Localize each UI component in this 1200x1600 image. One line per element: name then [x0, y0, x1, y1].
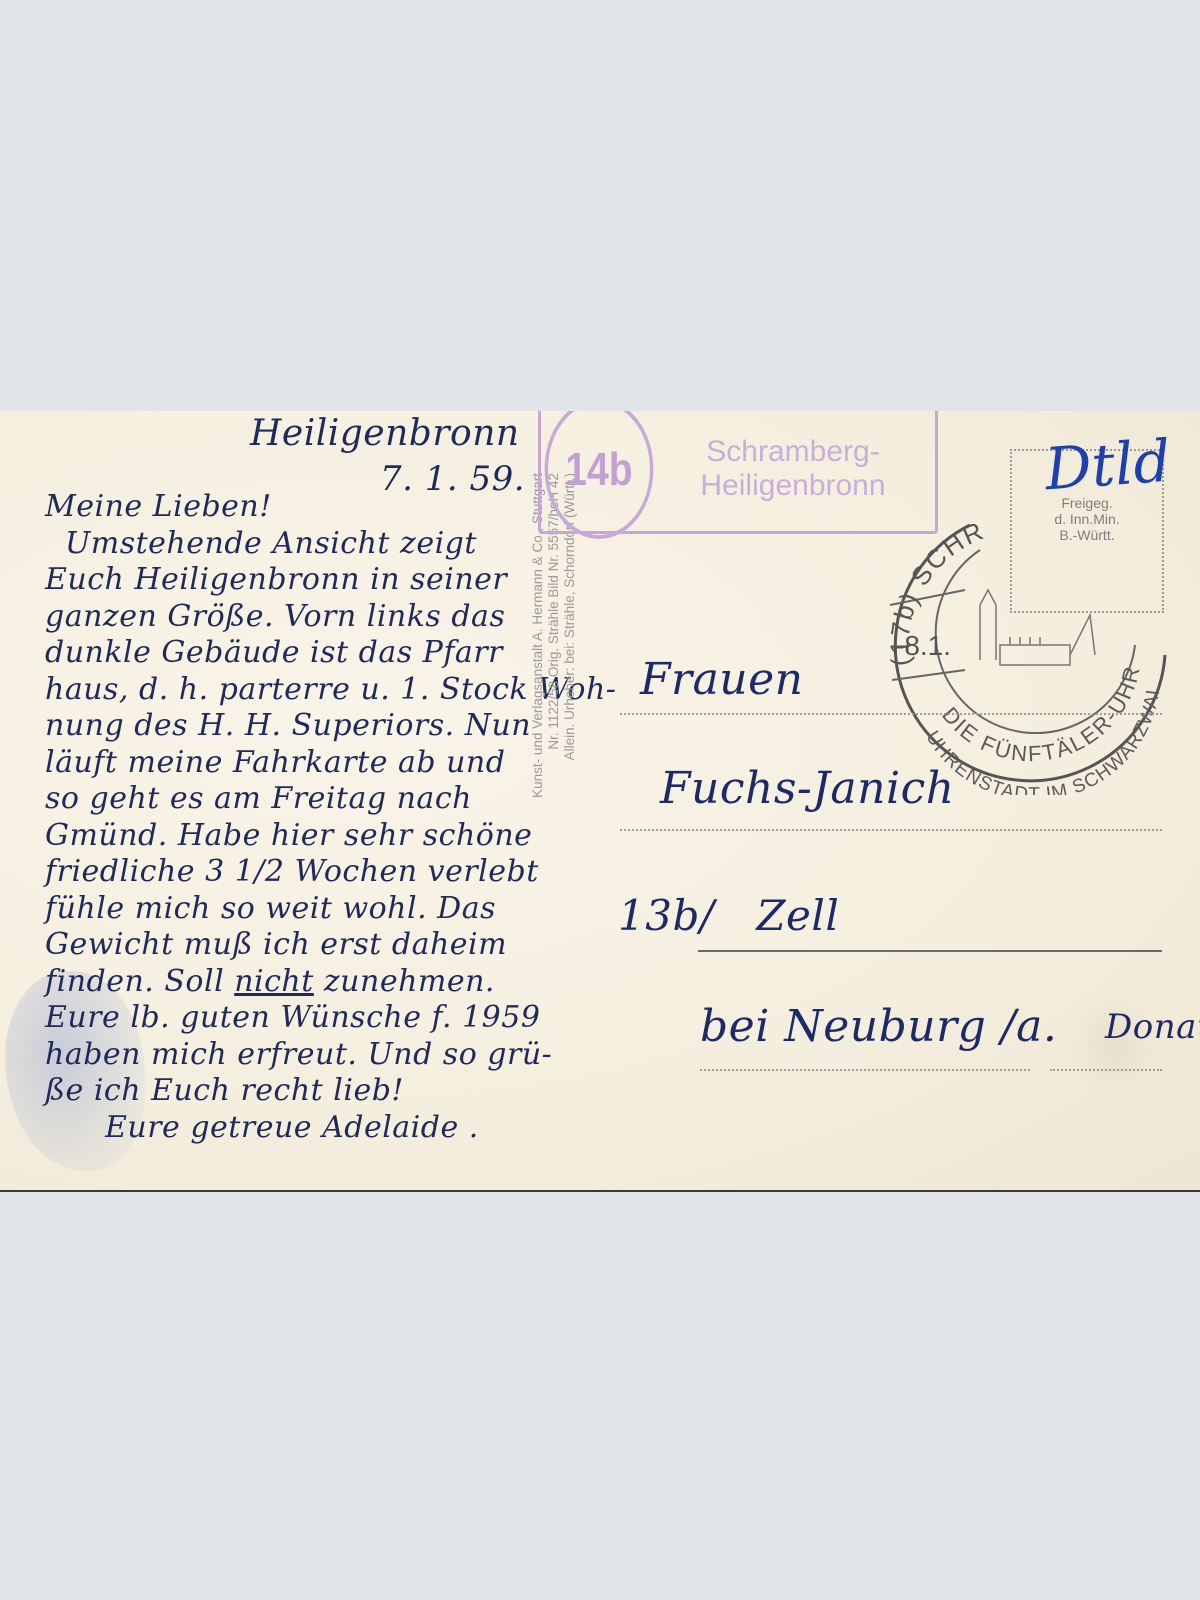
address-line-4b — [1050, 1069, 1162, 1071]
address-recipient: Fuchs-Janich — [660, 763, 955, 814]
message-place: Heiligenbronn — [250, 413, 520, 454]
cancellation-postmark: (17b) SCHRAMBERG -8.1. DIE FÜNFTÄLER-UHR… — [870, 495, 1170, 795]
address-region-end: Donau/ — [1105, 1007, 1200, 1047]
address-line-1 — [620, 713, 1162, 715]
church-illustration-icon — [980, 590, 1095, 665]
address-city: 13b/ Zell — [618, 891, 839, 940]
publisher-imprint: Kunst- und Verlagsanstalt A. Hermann & C… — [530, 473, 610, 1173]
imprint-line: Nr. 1122/58 Orig. Strähle Bild Nr. 5557/… — [546, 473, 562, 1173]
address-line-4a — [700, 1069, 1030, 1071]
address-region: bei Neuburg /a. — [700, 1001, 1057, 1052]
handwritten-initials: Dtld — [1043, 427, 1173, 504]
address-city-name: Zell — [728, 891, 839, 940]
cancel-date: -8.1. — [895, 630, 951, 661]
imprint-line: Allein. Urheber: bei: Strähle, Schorndor… — [562, 473, 578, 1173]
address-line-2 — [620, 829, 1162, 831]
postmark-town: Schramberg- Heiligenbronn — [668, 435, 918, 503]
address-salutation: Frauen — [640, 654, 804, 705]
imprint-line: Kunst- und Verlagsanstalt A. Hermann & C… — [530, 473, 546, 1173]
postmark-town-line: Schramberg- — [668, 435, 918, 469]
postmark-zone-code: 14b — [565, 442, 632, 496]
underlined-word: nicht — [234, 964, 314, 999]
address-postcode: 13b/ — [618, 891, 714, 940]
address-line-3 — [698, 950, 1162, 952]
postcard-back: Heiligenbronn 7. 1. 59. Meine Lieben! Um… — [0, 411, 1200, 1192]
